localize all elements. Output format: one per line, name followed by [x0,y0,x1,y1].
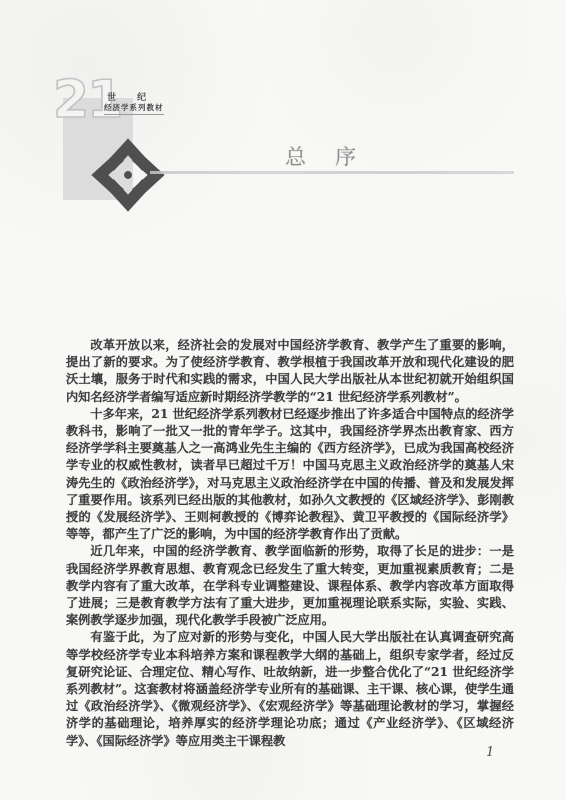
title-underline-rule [150,171,514,174]
preface-paragraph-1: 改革开放以来，经济社会的发展对中国经济学教育、教学产生了重要的影响，提出了新的要… [66,337,514,406]
preface-paragraph-4: 有鉴于此，为了应对新的形势与变化，中国人民大学出版社在认真调查研究高等学校经济学… [66,629,514,749]
page-title: 总 序 [285,141,360,171]
page-number: 1 [486,745,494,760]
preface-paragraph-3: 近几年来，中国的经济学教育、教学面临新的形势，取得了长足的进步：一是我国经济学界… [66,543,514,629]
preface-paragraph-2: 十多年来，21 世纪经济学系列教材已经逐步推出了许多适合中国特点的经济学教科书，… [66,406,514,544]
pinwheel-emblem-icon [84,131,172,219]
preface-body-text: 改革开放以来，经济社会的发展对中国经济学教育、教学产生了重要的影响，提出了新的要… [66,337,514,750]
series-logo-series-label: 经济学系列教材 [104,102,164,115]
scanned-book-page: 21 世 纪 经济学系列教材 总 序 改革开放以来，经济社会的发展对中国经济学教… [0,0,566,800]
